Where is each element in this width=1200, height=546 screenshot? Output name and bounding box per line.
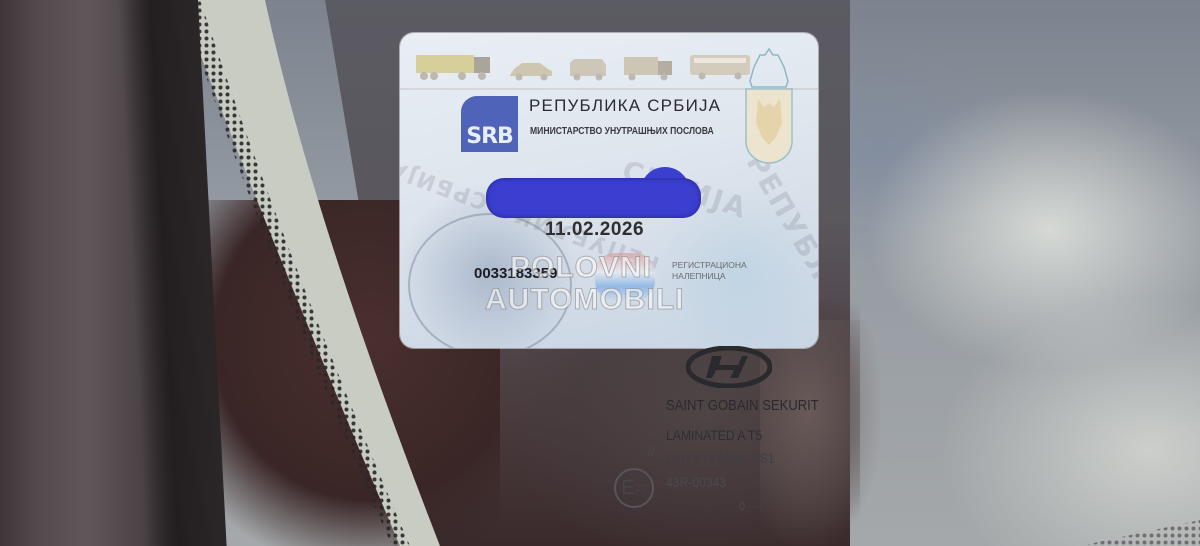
ministry-title: МИНИСТАРСТВО УНУТРАШЊИХ ПОСЛОВА xyxy=(530,125,714,137)
e-number: 20 xyxy=(636,483,647,494)
e-approval-mark: E20 xyxy=(614,468,654,508)
vehicle-icons xyxy=(414,51,752,81)
pattern-text: РЕПУБЛИКА xyxy=(740,148,818,348)
watermark-line2: AUTOMOBILI xyxy=(485,283,684,317)
car-icon xyxy=(508,59,554,81)
van-icon xyxy=(568,57,608,81)
country-title: РЕПУБЛИКА СРБИЈА xyxy=(529,96,721,116)
watermark-line1: POLOVNI xyxy=(510,251,652,285)
truck-icon xyxy=(622,55,674,81)
expiry-date: 11.02.2026 xyxy=(545,219,644,241)
hyundai-logo-icon xyxy=(686,346,772,388)
sticker-label-line1: РЕГИСТРАЦИОНА xyxy=(672,260,747,271)
srb-badge: SRB xyxy=(461,96,518,152)
redacted-plate-number xyxy=(486,178,701,218)
sticker-label: РЕГИСТРАЦИОНА НАЛЕПНИЦА xyxy=(672,260,747,282)
approval-code: 43R-00343 xyxy=(666,475,726,490)
serbian-coat-of-arms-icon xyxy=(738,45,800,165)
hand-reflection xyxy=(760,320,880,546)
sticker-label-line2: НАЛЕПНИЦА xyxy=(672,271,747,282)
registration-sticker: СРБИЈА РЕПУБЛИКА РЕПУБЛИКА СРБИЈА xyxy=(400,33,818,348)
glass-type: LAMINATED A T5 xyxy=(666,428,762,443)
truck-trailer-icon xyxy=(414,51,494,81)
dot-code: DOT 618 M501 AS1 xyxy=(666,451,775,466)
date-code: 0 ···· xyxy=(739,499,762,513)
glass-manufacturer: SAINT GOBAIN SEKURIT xyxy=(666,398,819,414)
windshield-photo: СРБИЈА РЕПУБЛИКА РЕПУБЛИКА СРБИЈА xyxy=(0,0,1200,546)
slash-mark: // xyxy=(648,444,655,459)
e-letter: E xyxy=(621,477,634,500)
